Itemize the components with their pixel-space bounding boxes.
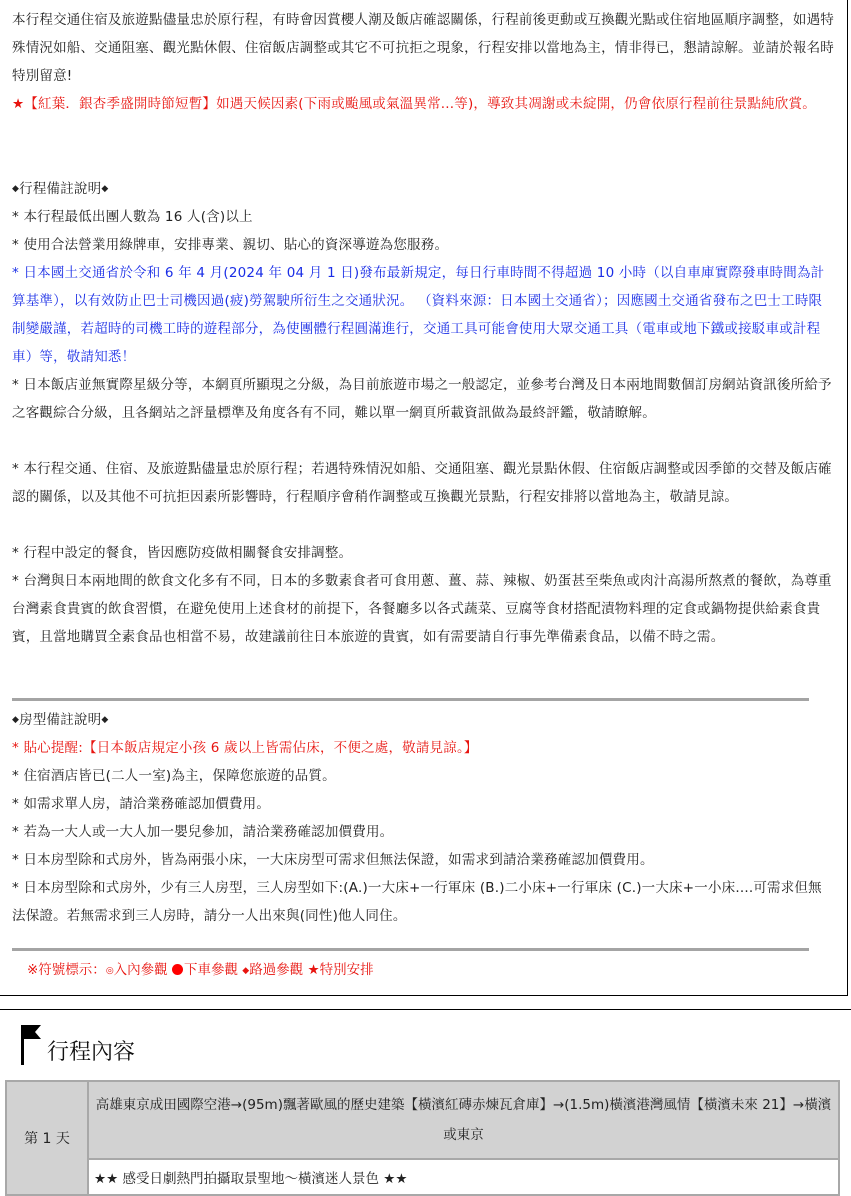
foliage-notice: ★【紅葉．銀杏季盛開時節短暫】如遇天候因素(下雨或颱風或氣溫異常...等)，導致… bbox=[12, 90, 834, 118]
intro-paragraph: 本行程交通住宿及旅遊點儘量忠於原行程，有時會因賞櫻人潮及飯店確認關係，行程前後更… bbox=[12, 6, 834, 90]
room-note-item: * 日本房型除和式房外，皆為兩張小床，一大床房型可需求但無法保證，如需求到請洽業… bbox=[12, 846, 834, 874]
day-highlight-row: ★★ 感受日劇熱門拍攝取景聖地～橫濱迷人景色 ★★ bbox=[6, 1159, 839, 1192]
room-notes-heading: ◆房型備註說明◆ bbox=[12, 706, 834, 734]
itinerary-section-title: 行程內容 bbox=[21, 1025, 135, 1065]
room-note-item: * 如需求單人房，請洽業務確認加價費用。 bbox=[12, 790, 834, 818]
note-item: * 行程中設定的餐食，皆因應防疫做相關餐食安排調整。 bbox=[12, 539, 834, 567]
itinerary-table: 第 1 天 高雄東京成田國際空港→(95m)飄著歐風的歷史建築【橫濱紅磚赤煉瓦倉… bbox=[5, 1080, 840, 1192]
section-divider bbox=[0, 1009, 851, 1010]
room-note-item: * 日本房型除和式房外，少有三人房型，三人房型如下:(A.)一大床+一行軍床 (… bbox=[12, 874, 834, 930]
day-route: 高雄東京成田國際空港→(95m)飄著歐風的歷史建築【橫濱紅磚赤煉瓦倉庫】→(1.… bbox=[88, 1081, 839, 1159]
legend-prefix: ※符號標示： bbox=[27, 962, 106, 978]
note-item: * 日本飯店並無實際星級分等，本網頁所顯現之分級，為目前旅遊市場之一般認定，並參… bbox=[12, 371, 834, 427]
symbol-legend: ※符號標示：◎入內參觀 下車參觀 ◆路過參觀 ★特別安排 bbox=[27, 958, 374, 978]
note-item: * 台灣與日本兩地間的飲食文化多有不同，日本的多數素食者可食用蔥、薑、蒜、辣椒、… bbox=[12, 567, 834, 651]
room-note-item-reminder: * 貼心提醒:【日本飯店規定小孩 6 歲以上皆需佔床，不便之處，敬請見諒。】 bbox=[12, 734, 834, 762]
day-label: 第 1 天 bbox=[6, 1081, 88, 1192]
itinerary-notes-heading: ◆行程備註說明◆ bbox=[12, 175, 834, 203]
day-highlight: ★★ 感受日劇熱門拍攝取景聖地～橫濱迷人景色 ★★ bbox=[88, 1159, 839, 1192]
note-item-transport-regulation: * 日本國土交通省於令和 6 年 4 月(2024 年 04 月 1 日)發布最… bbox=[12, 259, 834, 371]
diamond-icon: ◆ bbox=[101, 184, 108, 194]
diamond-icon: ◆ bbox=[101, 715, 108, 725]
note-item: * 本行程交通、住宿、及旅遊點儘量忠於原行程；若遇特殊情況如船、交通阻塞、觀光景… bbox=[12, 455, 834, 511]
note-item: * 使用合法營業用綠牌車，安排專業、親切、貼心的資深導遊為您服務。 bbox=[12, 231, 834, 259]
flag-icon bbox=[21, 1025, 47, 1065]
stop-visit-icon bbox=[172, 964, 183, 975]
room-note-item: * 住宿酒店皆已(二人一室)為主，保障您旅遊的品質。 bbox=[12, 762, 834, 790]
day-row: 第 1 天 高雄東京成田國際空港→(95m)飄著歐風的歷史建築【橫濱紅磚赤煉瓦倉… bbox=[6, 1081, 839, 1159]
note-item: * 本行程最低出團人數為 16 人(含)以上 bbox=[12, 203, 834, 231]
room-note-item: * 若為一大人或一大人加一嬰兒參加，請洽業務確認加價費用。 bbox=[12, 818, 834, 846]
notes-panel: 本行程交通住宿及旅遊點儘量忠於原行程，有時會因賞櫻人潮及飯店確認關係，行程前後更… bbox=[0, 0, 848, 996]
enter-visit-icon: ◎ bbox=[106, 966, 114, 976]
special-arrangement-icon: ★ bbox=[307, 962, 319, 978]
divider bbox=[12, 948, 809, 951]
divider bbox=[12, 698, 809, 701]
section-title-label: 行程內容 bbox=[47, 1041, 135, 1065]
